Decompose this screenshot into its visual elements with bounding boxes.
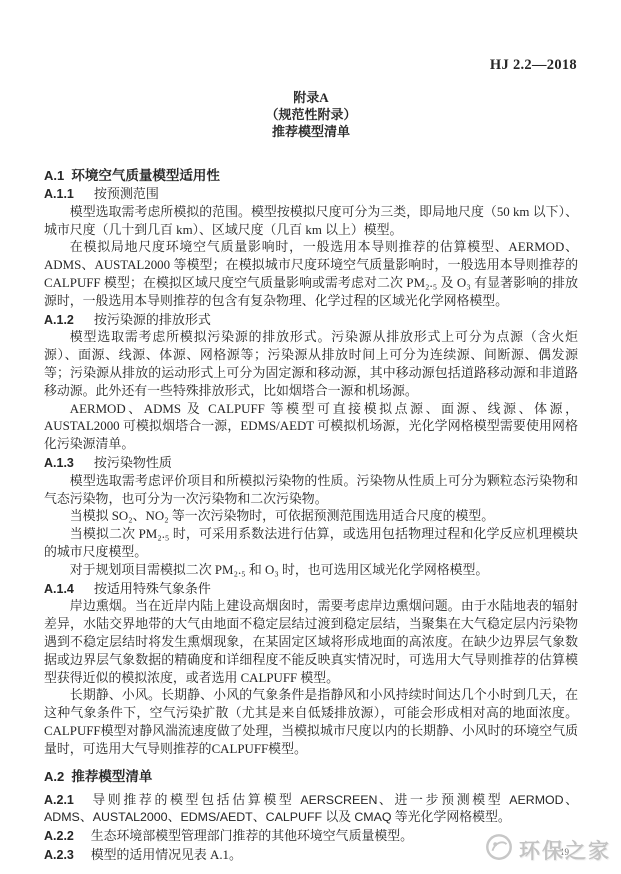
clause-text: 生态环境部模型管理部门推荐的其他环境空气质量模型。 bbox=[91, 829, 413, 843]
paragraph-a13-p2: 当模拟 SO₂、NO₂ 等一次污染物时，可依据预测范围选用适合尺度的模型。 bbox=[44, 508, 578, 526]
paragraph-a12-p1: 模型选取需考虑所模拟污染源的排放形式。污染源从排放形式上可分为点源（含火炬源）、… bbox=[44, 329, 578, 400]
clause-title: 按污染物性质 bbox=[94, 455, 172, 470]
model-name: CMAQ bbox=[354, 810, 391, 824]
paragraph-a13-p3: 当模拟二次 PM₂.₅ 时，可采用系数法进行估算，或选用包括物理过程和化学反应机… bbox=[44, 526, 578, 562]
text-segment: 、 bbox=[168, 810, 181, 824]
text-segment: 、进一步预测模型 bbox=[377, 793, 509, 807]
section-title: 推荐模型清单 bbox=[71, 769, 152, 784]
section-number: A.1 bbox=[44, 168, 64, 183]
model-name: CALPUFF bbox=[266, 810, 322, 824]
clause-number: A.1.4 bbox=[44, 582, 74, 596]
clause-text: 模型的适用情况见表 A.1。 bbox=[91, 848, 242, 862]
clause-heading-a12: A.1.2按污染源的排放形式 bbox=[44, 311, 578, 330]
model-name: AUSTAL2000 bbox=[93, 810, 168, 824]
model-name: AERSCREEN bbox=[300, 793, 377, 807]
clause-heading-a13: A.1.3按污染物性质 bbox=[44, 454, 578, 473]
text-segment: 、 bbox=[80, 810, 93, 824]
model-name: AERMOD bbox=[509, 793, 563, 807]
paragraph-a12-p2: AERMOD、ADMS 及 CALPUFF 等模型可直接模拟点源、面源、线源、体… bbox=[44, 401, 578, 454]
text-segment: 导则推荐的模型包括估算模型 bbox=[91, 793, 301, 807]
clause-number: A.1.1 bbox=[44, 187, 74, 201]
section-heading-a1: A.1环境空气质量模型适用性 bbox=[44, 167, 578, 185]
appendix-name: 推荐模型清单 bbox=[44, 123, 578, 140]
paragraph-a11-p1: 模型选取需考虑所模拟的范围。模型按模拟尺度可分为三类，即局地尺度（50 km 以… bbox=[44, 204, 578, 240]
clause-number: A.1.2 bbox=[44, 313, 74, 327]
watermark-text: 环保之家 bbox=[519, 835, 611, 865]
section-heading-a2: A.2推荐模型清单 bbox=[44, 768, 578, 786]
section-title: 环境空气质量模型适用性 bbox=[71, 168, 220, 183]
watermark: 环保之家 bbox=[484, 832, 611, 867]
model-name: EDMS/AEDT bbox=[180, 810, 252, 824]
clause-number: A.2.1 bbox=[44, 793, 74, 807]
clause-number: A.1.3 bbox=[44, 456, 74, 470]
paragraph-a13-p4: 对于规划项目需模拟二次 PM₂.₅ 和 O₃ 时，也可选用区域光化学网格模型。 bbox=[44, 562, 578, 580]
watermark-logo-icon bbox=[484, 832, 514, 867]
text-segment: 、 bbox=[253, 810, 266, 824]
document-page: HJ 2.2—2018 附录A （规范性附录） 推荐模型清单 A.1环境空气质量… bbox=[0, 0, 621, 874]
clause-heading-a11: A.1.1按预测范围 bbox=[44, 185, 578, 204]
text-segment: 等光化学网格模型。 bbox=[392, 810, 511, 824]
clause-heading-a14: A.1.4按适用特殊气象条件 bbox=[44, 580, 578, 599]
appendix-title-block: 附录A （规范性附录） 推荐模型清单 bbox=[44, 89, 578, 140]
clause-number: A.2.3 bbox=[44, 848, 74, 862]
paragraph-a14-p1: 岸边熏烟。当在近岸内陆上建设高烟囱时，需要考虑岸边熏烟问题。由于水陆地表的辐射差… bbox=[44, 598, 578, 687]
text-segment: 、 bbox=[564, 793, 578, 807]
text-segment: 以及 bbox=[322, 810, 354, 824]
clause-number: A.2.2 bbox=[44, 829, 74, 843]
appendix-subtitle: （规范性附录） bbox=[44, 106, 578, 123]
paragraph-a21: A.2.1导则推荐的模型包括估算模型 AERSCREEN、进一步预测模型 AER… bbox=[44, 792, 578, 828]
appendix-title: 附录A bbox=[44, 89, 578, 106]
clause-title: 按预测范围 bbox=[94, 186, 159, 201]
clause-title: 按污染源的排放形式 bbox=[94, 312, 211, 327]
section-number: A.2 bbox=[44, 769, 64, 784]
model-name: ADMS bbox=[44, 810, 80, 824]
doc-number: HJ 2.2—2018 bbox=[44, 56, 577, 74]
paragraph-a11-p2: 在模拟局地尺度环境空气质量影响时，一般选用本导则推荐的估算模型、AERMOD、A… bbox=[44, 239, 578, 310]
paragraph-a14-p2: 长期静、小风。长期静、小风的气象条件是指静风和小风持续时间达几个小时到几天，在这… bbox=[44, 687, 578, 758]
paragraph-a13-p1: 模型选取需考虑评价项目和所模拟污染物的性质。污染物从性质上可分为颗粒态污染物和气… bbox=[44, 473, 578, 509]
page-content: HJ 2.2—2018 附录A （规范性附录） 推荐模型清单 A.1环境空气质量… bbox=[44, 56, 578, 866]
clause-title: 按适用特殊气象条件 bbox=[94, 581, 211, 596]
